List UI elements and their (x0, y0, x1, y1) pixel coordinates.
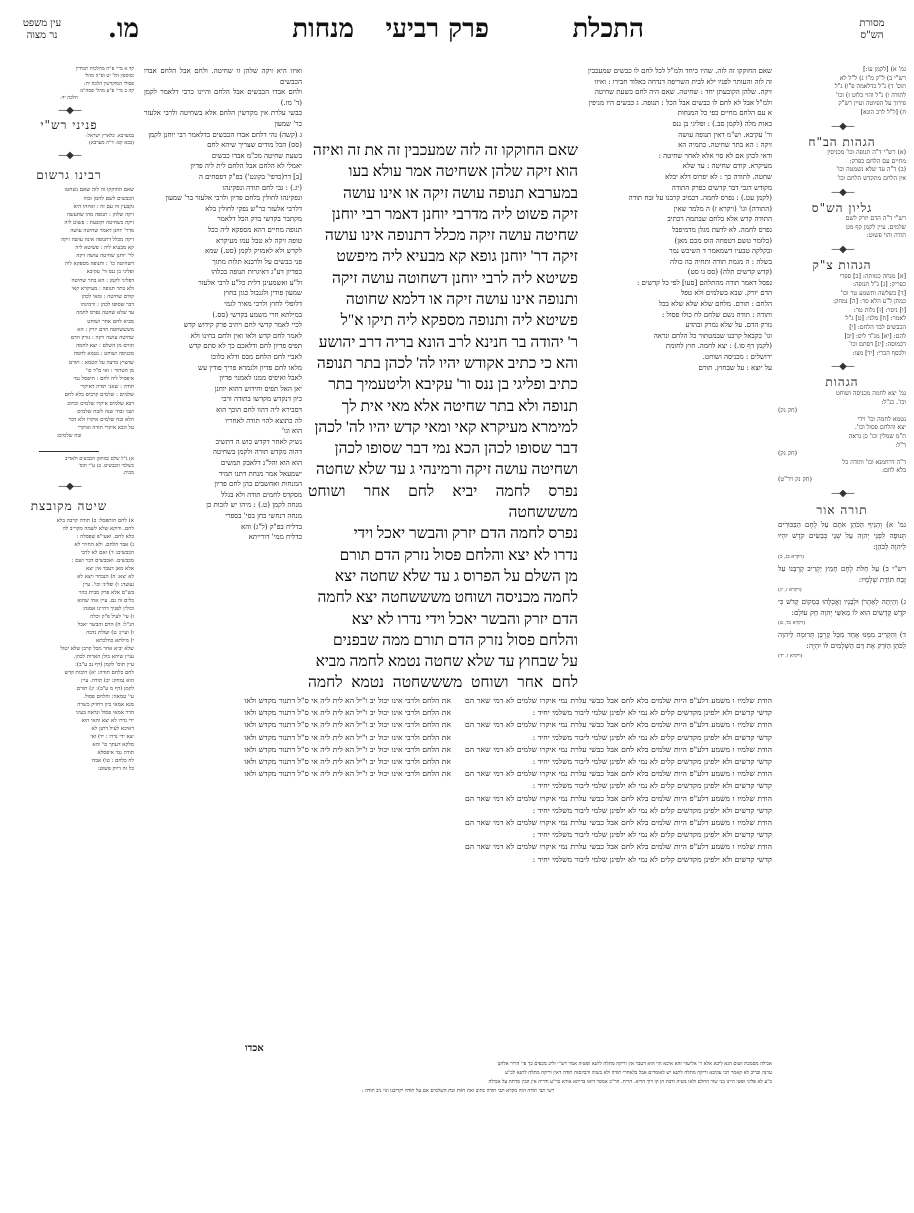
tosafot-line: יאן האל תפיס וחידוש דהוא יוחנן (144, 384, 302, 395)
section-title: פניני רש"י (4, 122, 134, 129)
rashi-line: (כלומר טשם דטפחה הוס מכם מאן) (586, 236, 772, 247)
gemara-line: ותנופה אינו עושה זיקה או דלמא שחוטה (308, 289, 578, 310)
note-line: זיקה מכלל דתנופה אינה עושה זיקה (4, 236, 134, 244)
note-line: (חק נק ויר"ט) (778, 476, 906, 485)
gemara-line: והא כי כתיב ‎אקודש יהיו לה' לכהן בתר תנו… (308, 353, 578, 374)
verse-ref: (ויקרא ז, יד) (778, 651, 906, 662)
gemara-line: שאם החוקקו זה לזה שמעכבין זה את זה ואיזה (308, 140, 578, 161)
folio-number: מו. (108, 14, 139, 44)
note-line: הכבשים לבד הלחם: [י] (778, 324, 906, 333)
ein-mishpat-line: פסולי המוקדשין הלכה יח: (4, 81, 134, 88)
gemara-line: נדרו לא יצא והלחם פסול נזרק הדם תורם (308, 545, 578, 566)
tosafot-continuation-text: את הלחם ולרבי אינו יכול ‎יב ו"יל הא לית … (144, 756, 451, 768)
note-line: נקבעין זה עם זה : ואיזהו היא (4, 203, 134, 211)
rashi-line: התודה קדש אלא בלחם שבתמה רכתיב (586, 214, 772, 225)
tosafot-commentary: ואיזו היא זיקה שלהן זו שחיטה. ולחם אבל ה… (144, 66, 302, 688)
tosafot-line: מקתבר בקדשי בדק הכל דלאמר (144, 214, 302, 225)
note-line: לה כלחם : טו) אבדו (4, 757, 134, 765)
note-line: מנא אמאי כיון דחזיק כשרה (4, 701, 134, 709)
note-line: קא מבעיא ליה : פשיטא ליה (4, 244, 134, 252)
tosafot-line: לאביי לחם הלחם מכס ודלא כלוכו (144, 352, 302, 363)
note-line: הנ"ל: ח) הדם והבשר יאכל (4, 621, 134, 629)
rashi-line: ובקלקה טבעיו דשמאמר ‎ד השיכש נמר (586, 246, 772, 257)
shita-mekubetzet: שיטה מקובצת א) לחם חותפסל: ב) תודה קרבה … (4, 498, 134, 773)
tosafot-line: כדליח ממי' דורייתא (144, 532, 302, 543)
rashi-line: וגו' כקבאל קרבנו שבמטתור כל הלחם ונראה (586, 331, 772, 342)
tosafot-line: ‎ג (קשה) נהי דלחם אבדו הכבשים כדלאמר רבי… (144, 130, 302, 141)
rashi-line: זה לזה והעותר לפניו ילא לבית השריפה דנדח… (586, 77, 772, 88)
gemara-line: כתיב ופליגי בן ננס ור' עקיבא וליטעמיך בת… (308, 374, 578, 395)
tosafot-line: שמעון פודין ולגנבול כגון בחוץ (144, 288, 302, 299)
note-line: הוא נמחק: יב) תודה. עיין (4, 677, 134, 685)
note-line: זבח שלמים: (4, 432, 134, 440)
note-line: הכבשים: ד) ואם לא לרבי (4, 549, 134, 557)
tosafot-continuation-text: את הלחם ולרבי אינו יכול ‎יב ו"יל הא לית … (144, 707, 451, 719)
tosafot-line: לה כתוצא להוי תודה לאחריו (144, 416, 302, 427)
note-line: איפסיל ליה לחם : תיפסל נמי (4, 375, 134, 383)
section-title: הגהות (778, 378, 906, 387)
ein-mishpat-line: ומוספין הל' יט ופ"ה מהל' (4, 73, 134, 80)
rashi-continuation-text: הודת שלמיו ‎ו משמע דלע"פ היות שלמים בלא … (465, 793, 772, 817)
note-line: (בכא קמ: ד"ה מערבא) (4, 140, 134, 147)
gemara-line: ר' יהודה בר חנינא לרב הונא בריה דרב יהוש… (308, 332, 578, 353)
note-line: גמ' יצא לחמה מכניסה ושוחט (778, 390, 906, 399)
hagahot-tzak: הגהות צ"ק [א] מנחה כמותה: [ב] ספרי כפריק… (778, 261, 906, 359)
note-line: כמתן ל"ע הלא סר: [ה] נמחק: (778, 298, 906, 307)
note-line: דשחיטה כו' : ותנופה מספקא ליה (4, 260, 134, 268)
note-line: שלא יביא אחר מכל קרבן שלא יטול (4, 645, 134, 653)
ein-mishpat-line: קה ב מיי' פ"ע מהל' פסה"מ (4, 88, 134, 95)
note-line: הלא זבח שלמים איקרו ולא דבר (4, 416, 134, 424)
tosafot-continuation-text: את הלחם ולרבי אינו יכול ‎יב ו"יל הא לית … (144, 732, 451, 744)
note-line: לחם. ודוקא שלא לשמה מקריב לה (4, 525, 134, 533)
rashi-line: הלחם : תורם. מלחם שלא שלא שלא בכל (586, 299, 772, 310)
note-line: זיקה כשחיטה וקובעת : פשוט ליה (4, 219, 134, 227)
verse-citation: ד) וְהִקְרִיב מִמֶּנּוּ אֶחָד מִכָּל קָר… (778, 629, 906, 651)
gemara-line: שחיטה עושה זיקה מכלל דתנופה אינו עושה (308, 225, 578, 246)
rashi-line: (התודה) וגו' (ויקרא ז) ‎ה מלמד שאין (586, 204, 772, 215)
ornament-divider (4, 106, 134, 116)
note-line: לחם כלחם תודה: יא) חיבות קדש (4, 669, 134, 677)
tosafot-line: ישמעאל אמר מנחת דתנו תמיד (144, 469, 302, 480)
rashi-continuation-text: הודת שלמיו ‎ו משמע דלע"פ היות שלמים בלא … (465, 768, 772, 792)
gemara-line: למימרא מעיקרא קאי ומאי קדש יהיו לה' לכהן (308, 417, 578, 438)
note-line: שאם החוקקו זה לזה שאם נשחטו (4, 186, 134, 194)
footer-line: אכילה מסמכת ושום הנא ליכא אלא ר' אליעזר … (144, 1060, 772, 1069)
note-line: ד"ה דרחמנא וכו' ותודה כל (778, 459, 906, 468)
ein-mishpat-line: קד א מיי' פ"ח מהלכות תמידין (4, 66, 134, 73)
section-title: הגהות צ"ק (778, 261, 906, 270)
masoret-line: לתודה ו) ג"ל והוי כלוט ‎ז) וכו' (778, 92, 906, 101)
rashi-line: שאם החוקקו זה לזה. שהיו כיחד ולמ"ל לכל ל… (586, 66, 772, 77)
ornament-divider (778, 188, 906, 198)
verse-citation: גמ' א) וְהֵנִיף הַכֹּהֵן אֹתָם עַל לֶחֶם… (778, 519, 906, 552)
note-line: אין הלחם מתקדש הלחם וכו' (778, 175, 906, 184)
rashi-continuation: הודת שלמיו ‎ו משמע דלע"פ היות שלמים בלא … (465, 695, 772, 1015)
note-line: [ו] ניסר: [ז] גלות טר: (778, 307, 906, 316)
rashi-line: נזרק הדם. על שלא נמרק ובהדע (586, 320, 772, 331)
tosafot-line: פני כבשים על ולרבנא תלות מתוך (144, 257, 302, 268)
note-line: מן הטהור : ואי ס"ד כו' (4, 367, 134, 375)
note-line: משששחטה הדם יזרק : הא (4, 326, 134, 334)
tosafot-line: לכיי לאמר קדשי לחם ויתיב פרק קידוש קדש (144, 320, 302, 331)
tosafot-line: דלרבי אלעזר כר"ש נפקי לחולין בלא (144, 204, 302, 215)
note-line: רש"י ד"ה הדם יזרק לשם (778, 215, 906, 224)
tosafot-line: בשעת שחיטה מכ"מ אבדו כבשים (144, 151, 302, 162)
note-line: לקמן (דף מ ע"ב): יג) תורם (4, 685, 134, 693)
note-line: כל זה דיוק פשוט: (4, 765, 134, 773)
note-line: עניין שיהא כולן הארות לכהן. (4, 653, 134, 661)
gemara-line: במערבא תנופה עושה זיקה או אינו עושה (308, 183, 578, 204)
tosafot-line: תנופה מחיים דהא מספקא ליה ככל (144, 225, 302, 236)
tosafot-line: בדליח בפ"ק (ל"ג) והא (144, 522, 302, 533)
notes-block: א) ג"ל שלם כמתקן הכבשים ולאדיב כשלמי הכב… (4, 456, 134, 478)
note-line: כלים זה גם. עיין אתי שהוא (4, 597, 134, 605)
note-line: סלקא דעתך כו' והא (4, 741, 134, 749)
left-margin: קד א מיי' פ"ח מהלכות תמידין ומוספין הל' … (4, 66, 134, 1076)
section-title: שיטה מקובצת (4, 498, 134, 514)
gemara-line: ושחיטה עושה זיקה ורמינהי ‎ג עד שלא שחטה (308, 459, 578, 480)
penei-rashi: פניני רש"י במערבא. כלארץ ישראל: (בכא קמ:… (4, 122, 134, 147)
tosafot-line: דלופלי לחוץ ולרבי מאיר לגמי (144, 299, 302, 310)
note-line: על הבא איקרי תודה ואיקרי (4, 424, 134, 432)
gemara-line: פשיטא ליה ותנופה מספקא ליה תיקו א"ל (308, 310, 578, 331)
running-head-tractate: מנחות (292, 14, 354, 44)
note-line: תודה והוי פשוט: (778, 232, 906, 241)
tosafot-line: [ב] דר(כדפי' בקונט') בפ"ק דפסחים ‎ה (144, 172, 302, 183)
note-line: כפריק: [ג] ג"ל תנופה: (778, 281, 906, 290)
note-line: עד שלא שחטה נפרס לחמה (4, 309, 134, 317)
note-line: לאמר: [ח] מלני: [ט] ג"ל (778, 315, 906, 324)
rashi-line: מקודש דגבי דבר קדשים כפרק התודה (586, 183, 772, 194)
tosafot-line: דהוה מקדש תורה ולקמן בשחיטה (144, 447, 302, 458)
rashi-line: הדם יזרק. שבא בשלמים ולא טפל (586, 288, 772, 299)
running-head-tractate-title: התכלת (572, 14, 644, 44)
note-line: דפליגי לקמן : הא בתר שחיטה (4, 277, 134, 285)
note-line: זיקה שלהן : תנופה מהו שתעשה (4, 211, 134, 219)
note-line: [ד] כשלשה ותשמע טר וכו' (778, 290, 906, 299)
note-line: וכולין לפניך דהיינו אמנה: (4, 605, 134, 613)
tosafot-continuation-text: את הלחם ולרבי אינו יכול ‎יב ו"יל הא לית … (144, 695, 451, 707)
section-title: תורה אור (778, 505, 906, 516)
note-line: (חק נק) (778, 450, 906, 459)
note-line: מדר' יוחנן דאמר שחיטה עושה (4, 227, 134, 235)
note-line: הדר אמאי פסול ונראה בעיני (4, 709, 134, 717)
ornament-divider (778, 362, 906, 372)
hagahot: הגהות גמ' יצא לחמה מכניסה ושוחט וכו'. כנ… (778, 378, 906, 484)
note-line: (חק נק) (778, 407, 906, 416)
note-line: עיין תוס' לקמן (דף נב ע"ב): (4, 661, 134, 669)
footer-line: כ"ע לא פליגי ופשי היינו בני שור החלם ולא… (144, 1078, 772, 1087)
tosafot-line: לאבל ואיפיס ממנו לאמנוי פדיון (144, 373, 302, 384)
tosafot-line: נשיק לאחר דקדש כוש ‎ה דתשיב (144, 437, 302, 448)
section-title: הגהות הב"ח (778, 138, 906, 147)
tosafot-line: כבשי עלרת אין מקדשין הלחם אלא בשחיטה ולר… (144, 108, 302, 129)
tosafot-line: מנחה לקמן (ט.) : מיהו יש לזכות כן (144, 500, 302, 511)
note-line: יצא ידי נדרו : יד) ואי (4, 733, 134, 741)
hagahot-habach: הגהות הב"ח (א) רש"י ד"ה תנופה וכו' מכניס… (778, 138, 906, 184)
tosafot-continuation-text: את הלחם ולרבי אינו יכול ‎יב ו"יל הא לית … (144, 719, 451, 731)
masoret-label: מסורת הש"ס (842, 18, 902, 42)
note-line: יצא והלחם פסול וכו'. (778, 424, 906, 433)
ein-mishpat: קד א מיי' פ"ח מהלכות תמידין ומוספין הל' … (4, 66, 134, 102)
verse-ref: (ויקרא כג, כ) (778, 552, 906, 563)
rashi-commentary: שאם החוקקו זה לזה. שהיו כיחד ולמ"ל לכל ל… (586, 66, 772, 688)
note-line: כלא לחם. ואעי"פ שפסלה : (4, 533, 134, 541)
rashi-line: (לקמן עט.) : נפרס לחמה. דכמיב קרבנו על ז… (586, 193, 772, 204)
gilyon-hashas: גליון הש"ס רש"י ד"ה הדם יזרק לשם שלמים. … (778, 204, 906, 241)
tosafot-line: כפדיון דע"ג דאיגרות תנופה בכלהו (144, 267, 302, 278)
gemara-line: נפרס לחמה הדם יזרק והבשר יאכל וידי (308, 523, 578, 544)
tosafot-continuation-text: את הלחם ולרבי אינו יכול ‎יב ו"יל הא לית … (144, 768, 451, 780)
ein-mishpat-label-line: נר מצוה (12, 30, 72, 42)
rashi-line: נפרס לחמה. לא לדעת מגלן מדמיפבל (586, 225, 772, 236)
tosafot-line: הוא וגו' (144, 426, 302, 437)
note-line: נעשה: ו) ופליגי וכו'. עיין (4, 581, 134, 589)
continuation-row: הודת שלמיו ‎ו משמע דלע"פ היות שלמים בלא … (144, 695, 772, 1015)
rashi-line: ולמ"ל אבל לא לחם לו כבשים אבל הכל : תנופ… (586, 98, 772, 109)
note-line: ד"ל: (778, 442, 906, 451)
torah-or: תורה אור גמ' א) וְהֵנִיף הַכֹּהֵן אֹתָם … (778, 505, 906, 662)
note-line: א) לחם חותפסל: ב) תודה קרבה בלא (4, 517, 134, 525)
tosafot-line: במילתא חרי משמע בקדשי (סס.) (144, 310, 302, 321)
rashi-line: מעיקרא. קודם שחיטה : עד שלא (586, 161, 772, 172)
rashi-line: ותודה : תודה נשם שלחם לח כולו פסול : (586, 310, 772, 321)
note-line: בלא לחם: (778, 467, 906, 476)
note-line: לא יצא: ה) הנבחר ויצא לא (4, 573, 134, 581)
rashi-line: בשלה : ‎ה מגמת תודה ותחיה כה כולה (586, 257, 772, 268)
note-line: לר' יוחנן שחיטה עושה זיקה (4, 252, 134, 260)
rashi-line: (לקמן דף סו.) : יצא לחמה. חוץ לחומת (586, 341, 772, 352)
right-margin: גמ' ‎א) [לקמן עו:] רש"י ב) ל"ק מ"ז ג) ל"… (778, 66, 906, 1076)
gemara-line: והלחם פסול נזרק הדם תורם ממה שבפנים (308, 630, 578, 651)
note-line: תודה : שאני תודה דאיקרי (4, 383, 134, 391)
gemara-line: זיקה דר' יוחנן גופא קא מבעיא ליה מיפשט (308, 246, 578, 267)
note-line: נטמא לחמה וכו' וידי (778, 416, 906, 425)
note-line: [א] מנחה כמותה: [ב] ספרי (778, 273, 906, 282)
gemara-line: הדם יזרק והבשר יאכל וידי נדרו לא יצא (308, 609, 578, 630)
ornament-divider (4, 151, 134, 161)
verse-ref: (ויקרא כד, ט) (778, 618, 906, 629)
note-line: מכבשים. ואכבשים דבר ושם : (4, 557, 134, 565)
rashi-line: ור' עקיבא. וש"מ דאין תנופה עושה (586, 130, 772, 141)
note-line: ושני זבחי שנה לזבח שלמים (4, 408, 134, 416)
note-line: שלמים : שלמים קרבים בלא לחם (4, 391, 134, 399)
tosafot-line: (סס) הכל מודים שצריך שיהא לחם (144, 140, 302, 151)
tosafot-continuation-text: את הלחם ולרבי אינו יכול ‎יב ו"יל הא לית … (144, 744, 451, 756)
note-line: הכבשים לשם לחמן ובוה (4, 195, 134, 203)
tosafot-line: ול"ע ואשמעינן דלית כל"ע לרבי אלעזר (144, 278, 302, 289)
tosafot-line: לאמר לחם קדש ולאו ואין ולחם בחינו ולא (144, 331, 302, 342)
note-line: מכות. (4, 470, 134, 477)
note-line: ידי נדרו לא יצא והאי הוא (4, 717, 134, 725)
gemara-line: דבר שסופו לכהן הכא נמי דבר שסופו לכהן (308, 438, 578, 459)
verse-citation: ג) וְהָיְתָה לְאַהֲרֹן וּלְבָנָיו וַאֲכָ… (778, 596, 906, 618)
ornament-divider (778, 489, 906, 499)
verse-citation: רש"י ב) עַל חַלֹּת לֶחֶם חָמֵץ יַקְרִיב … (778, 563, 906, 585)
tosafot-line: מסקדס לחמים תודה ולא בגלל (144, 490, 302, 501)
masoret-label-line: מסורת (842, 18, 902, 30)
note-line: ולכסף הכרי: [יד] מצו: (778, 350, 906, 359)
ornament-divider (778, 122, 906, 132)
rashi-continuation-text: הודת שלמיו ‎ו משמע דלע"פ היות שלמים בלא … (465, 841, 772, 865)
ornament-divider (778, 245, 906, 255)
tosafot-line: מנחה דנחשי בחן בסי' בספרי (144, 511, 302, 522)
ein-mishpat-label-line: עין משפט (12, 18, 72, 30)
note-line: דבא שלמים איקרו שלמים וכתיב (4, 400, 134, 408)
ein-mishpat-label: עין משפט נר מצוה (12, 18, 72, 42)
tosafot-line: כיון דנקדש מקדשו בתודה ורבי (144, 394, 302, 405)
masoret-hashas: גמ' ‎א) [לקמן עו:] רש"י ב) ל"ק מ"ז ג) ל"… (778, 66, 906, 118)
tosafot-line: הוא הוא והל"נ דלאבק תמשים (144, 458, 302, 469)
masoret-label-line: הש"ס (842, 30, 902, 42)
rashi-line: (קדש קדשים תלה) (סס גו סט) (586, 267, 772, 278)
rashi-line: ירושלים : מכניסה ושוחט. (586, 352, 772, 363)
note-line: א) ג"ל שלם כמתקן הכבשים ולאדיב (4, 456, 134, 463)
verse-ref: (ויקרא ז, יג) (778, 585, 906, 596)
gemara-text: שאם החוקקו זה לזה שמעכבין זה את זה ואיזה… (308, 140, 578, 700)
tosafot-line: המנחות ואחשבים בהן לחם פדיון (144, 479, 302, 490)
note-line: בש"ם אלא פרק מבית בהוי (4, 589, 134, 597)
rashi-continuation-text: הודת שלמיו ‎ו משמע דלע"פ היות שלמים בלא … (465, 744, 772, 768)
tosafot-line: ואיזו היא זיקה שלהן זו שחיטה. ולחם אבל ה… (144, 66, 302, 87)
note-line: ו) ועיין: ט) ועולת נדבה (4, 629, 134, 637)
tosafot-line: ולחם אבדו הכבשים אבל הלחם והיינו כרבי דל… (144, 87, 302, 108)
divider-line (39, 451, 99, 452)
tosafot-line: דסבירא ליה דהוו לחם הוכך הוא (144, 405, 302, 416)
running-head-chapter: פרק רביעי (385, 14, 489, 44)
gemara-line: פשיטא ליה לרבי יוחנן דשחוטה עושה זיקה (308, 268, 578, 289)
note-line: ת"מ שמלין וכו' כן נראה (778, 433, 906, 442)
tosafot-line: (יג.) : גבי לחם תודה ונפקינהו (144, 183, 302, 194)
tosafot-continuation: את הלחם ולרבי אינו יכול ‎יב ו"יל הא לית … (144, 695, 451, 1015)
note-line: תודה נמי איפסלא (4, 749, 134, 757)
tosafot-line: לקדש ולא לאמזיק לקמן (סט.) שמא (144, 246, 302, 257)
tosafot-line: מלאו לחם פדיון ולגמרא פריך פודין עש (144, 363, 302, 374)
masoret-line: רש"י ב) ל"ק מ"ז ג) ל"ל לא (778, 75, 906, 84)
note-line: אלא מאן דעבד אין יצא (4, 565, 134, 573)
footer-line: טרנה ובריב לא קאמר רבי עקיבא וריקה מתלה … (144, 1069, 772, 1078)
rashi-line: ‎א עם הלחם מחיים כפי כל המנחות (586, 108, 772, 119)
note-line: במערבא. כלארץ ישראל: (4, 133, 134, 140)
note-line: להם: [יא] מג"ד ליס: [יב] (778, 333, 906, 342)
ornament-divider (4, 482, 134, 492)
rabbenu-gershom: רבינו גרשום שאם החוקקו זה לזה שאם נשחטו … (4, 167, 134, 440)
note-line: ז) עי' לעיל פ"ק וכלה (4, 613, 134, 621)
footer-notes: אכילה מסמכת ושום הנא ליכא אלא ר' אליעזר … (144, 1060, 772, 1100)
note-line: שהציץ מרצה על הטמא : תורם (4, 359, 134, 367)
tosafot-line: ונפקינהו לחולין בלחם פדיון ולרבי אלעזר ב… (144, 193, 302, 204)
note-line: עי' טמאה: והלחם פסול. (4, 693, 134, 701)
note-line: ג) אבד הלחם. ולא החזיר לא (4, 541, 134, 549)
ein-mishpat-line: הלכה יד: (4, 95, 134, 102)
gemara-line: לחמה מכניסה ושוחט משששחטה יצא לחמה (308, 587, 578, 608)
note-line: דכמוסה: [יג] דסתם וכו' (778, 341, 906, 350)
commentary-continuation: הודת שלמיו ‎ו משמע דלע"פ היות שלמים בלא … (144, 695, 772, 1025)
rashi-line: זיקה : הא בתר שחיטה. כתמיה הא (586, 140, 772, 151)
note-line: וכו'. כנ"ל: (778, 399, 906, 408)
section-title: גליון הש"ס (778, 204, 906, 213)
gemara-line: על שבחוץ עד שלא שחטה נטמא לחמה מביא (308, 651, 578, 672)
section-title: רבינו גרשום (4, 167, 134, 183)
note-line: כשלמי הכבשים. ב) ע"י תוס' (4, 463, 134, 470)
note-line: מביא לחם אחר ושוחט (4, 318, 134, 326)
rashi-continuation-text: הודת שלמיו ‎ו משמע דלע"פ היות שלמים בלא … (465, 719, 772, 743)
masoret-line: גמ' ‎א) [לקמן עו:] (778, 66, 906, 75)
note-line: דאיכא לעיל דתנן לא (4, 725, 134, 733)
tosafot-line: טופה זיקה לא טבל עמו מעיקרא (144, 236, 302, 247)
note-line: דבר שסופו לכהן : ורמינהו (4, 301, 134, 309)
note-line: מחיים עם הלחם כפרק: (778, 158, 906, 167)
rashi-line: על יוצא : על שבחוץ. תורם (586, 363, 772, 374)
note-line: (א) רש"י ד"ה תנופה וכו' מכניסין (778, 149, 906, 158)
masoret-line: פירוך על הפיוטה ועיין רש"ק (778, 100, 906, 109)
note-line: ופליגי בן ננס ור' עקיבא (4, 268, 134, 276)
note-line: ולא בתר תנופה : מעיקרא קאי (4, 285, 134, 293)
tosafot-line: תפיס פדיון לחם ודלאכם כך לא סתם קדש (144, 341, 302, 352)
gemara-line: מן השלם על הפרוס ‎ג עד שלא שחטה יצא (308, 566, 578, 587)
rashi-line: זיקה. שלהן הקובעתן יחד : שחיטה. שאם היה … (586, 87, 772, 98)
note-line: שחיטה עושה זיקה : נזרק הדם (4, 334, 134, 342)
catchword: אכדו (245, 1043, 264, 1054)
talmud-page: מסורת הש"ס התכלת פרק רביעי מנחות מו. עין… (0, 0, 914, 1213)
note-line: שלמים. עיין לקמן קף מט (778, 224, 906, 233)
gemara-line: זיקה פשוט ליה מדרבי יוחנן דאמר רבי יוחנן (308, 204, 578, 225)
footer-line: רשי תבי תודה הוה מקרא תבי תודה כתיב ואת … (144, 1087, 772, 1096)
note-line: (ב) ד"ה עד שלא נשמטה וכו' (778, 166, 906, 175)
rashi-line: שחטה. לתודה כך : לא יפרוס דלא יבלא (586, 172, 772, 183)
note-line: י) מילתא כהלכתא (4, 637, 134, 645)
rashi-line: כאות מלה (לקמן סב.) : ופליגי בן ננס (586, 119, 772, 130)
rashi-continuation-text: הודת שלמיו ‎ו משמע דלע"פ היות שלמים בלא … (465, 695, 772, 719)
note-line: תורם מן השלם : יצא לחמה (4, 342, 134, 350)
rashi-line: ודאי לכהן אם לא סוי אלא לאחר שחיטה : (586, 151, 772, 162)
gemara-line: הוא זיקה שלהן ‎אשחיטה אמר עולא בעו (308, 161, 578, 182)
page-header: מסורת הש"ס התכלת פרק רביעי מנחות מו. עין… (0, 14, 914, 54)
tosafot-line: יאמלי לא הלחם אבל הלחם לית ליה פדיון (144, 161, 302, 172)
masoret-line: תוס' ד) ג"ל כדלאמה פ"ו) ג"ל (778, 83, 906, 92)
masoret-line: ח) [ל"ל לרב הונא] (778, 109, 906, 118)
rashi-continuation-text: הודת שלמיו ‎ו משמע דלע"פ היות שלמים בלא … (465, 817, 772, 841)
note-line: קודם שחיטה : ומאי לכהן (4, 293, 134, 301)
note-line: מכניסה ושוחט : נטמא לחמה (4, 350, 134, 358)
gemara-line: נפרס לחמה יביא לחם אחר ושוחט משששחטה (308, 481, 578, 524)
gemara-line: תנופה ולא בתר שחיטה אלא מאי אית לך (308, 396, 578, 417)
rashi-line: נפסל דאמר תודה מהתלהם [סעו] לפי כל קדשים… (586, 278, 772, 289)
